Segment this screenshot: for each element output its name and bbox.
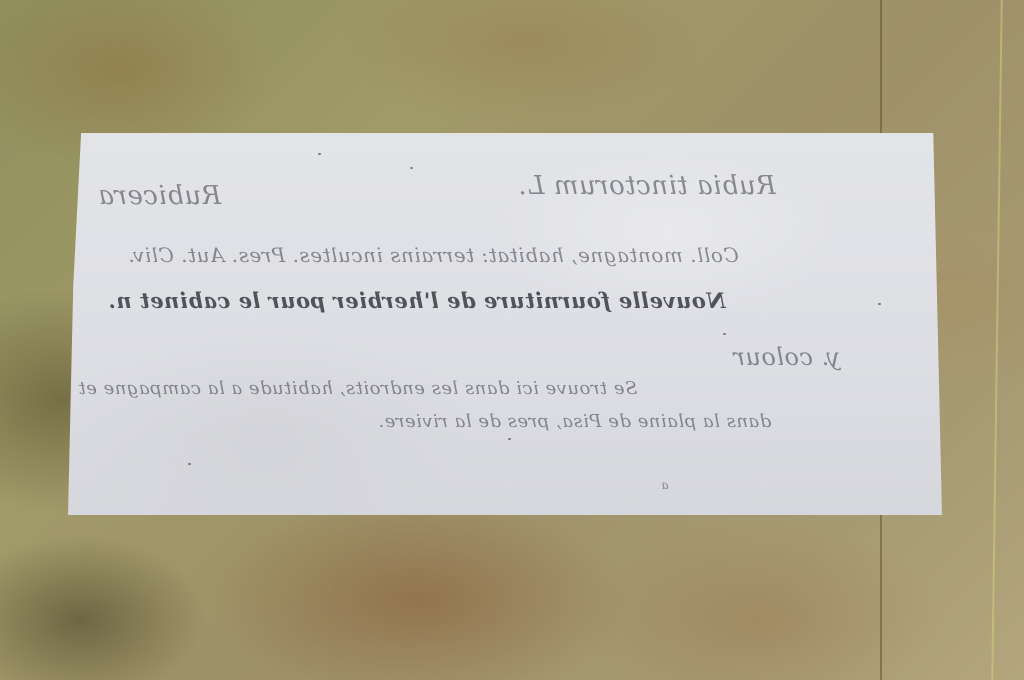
text-line-2: Nouvelle fourniture de l'herbier pour le…	[108, 288, 726, 313]
paper-speck	[318, 153, 321, 155]
heading-right: Rubia tinctorum L.	[518, 171, 776, 201]
paper-speck	[410, 167, 413, 169]
text-line-3: y. colour	[733, 343, 840, 371]
text-line-1: Coll. montagne, habitat: terrains incult…	[128, 243, 739, 267]
heading-left: Rubicera	[98, 181, 221, 211]
background-edge-line	[991, 0, 1002, 680]
background-crease	[880, 515, 882, 680]
paper-speck	[188, 463, 191, 465]
mark: a	[661, 478, 669, 492]
paper-speck	[508, 438, 511, 440]
text-line-5: dans la plaine de Pisa, pres de la rivie…	[378, 411, 771, 432]
document-paper: Rubicera Rubia tinctorum L. Coll. montag…	[68, 133, 942, 515]
text-line-4: Se trouve ici dans les endroits, habitud…	[78, 378, 637, 399]
paper-speck	[723, 333, 726, 335]
background-crease	[880, 0, 882, 135]
paper-speck	[878, 303, 881, 305]
